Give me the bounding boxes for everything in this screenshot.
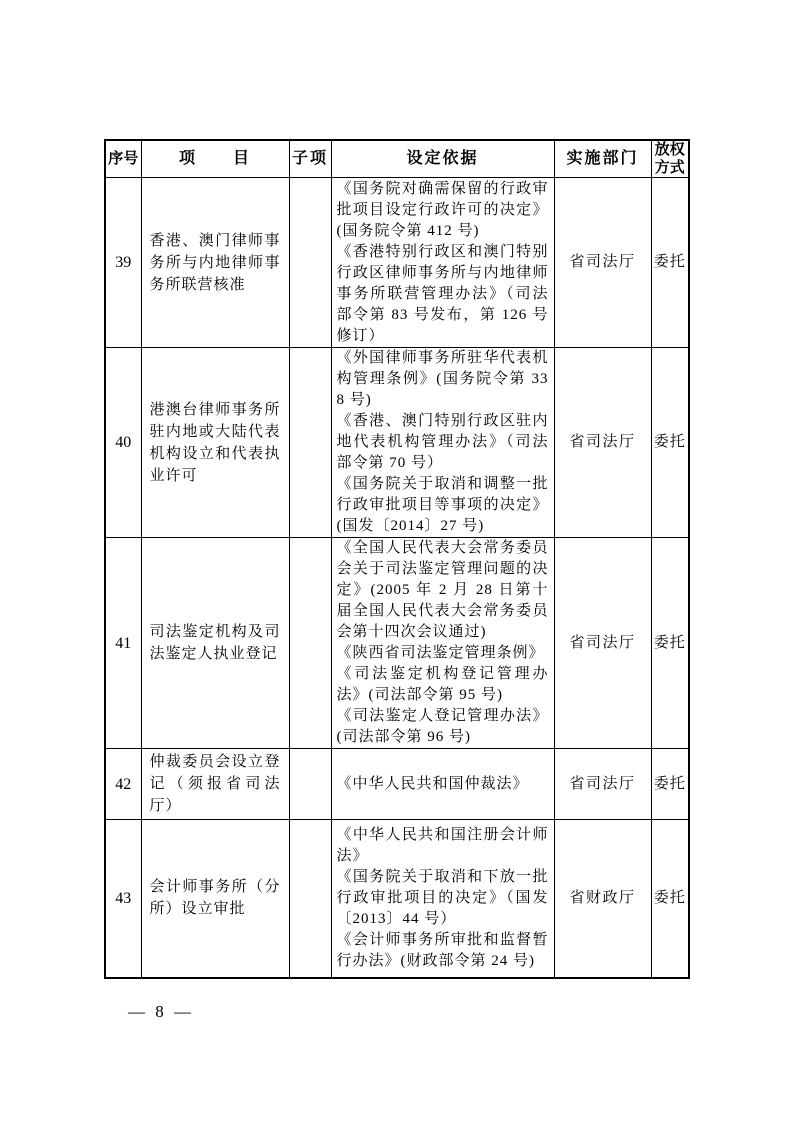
table-row-43: 43 会计师事务所（分所）设立审批 《中华人民共和国注册会计师法》 《国务院关于… xyxy=(105,820,689,978)
table-row-42: 42 仲裁委员会设立登记（须报省司法厅） 《中华人民共和国仲裁法》 省司法厅 委… xyxy=(105,749,689,820)
cell-basis: 《国务院对确需保留的行政审批项目设定行政许可的决定》(国务院令第 412 号) … xyxy=(331,178,554,348)
cell-basis: 《中华人民共和国仲裁法》 xyxy=(331,749,554,820)
table-row-39: 39 香港、澳门律师事务所与内地律师事务所联营核准 《国务院对确需保留的行政审批… xyxy=(105,178,689,348)
cell-no: 41 xyxy=(105,538,141,749)
cell-method: 委托 xyxy=(651,820,689,978)
cell-project: 香港、澳门律师事务所与内地律师事务所联营核准 xyxy=(141,178,289,348)
cell-method: 委托 xyxy=(651,348,689,538)
header-basis: 设定依据 xyxy=(331,140,554,178)
cell-department: 省司法厅 xyxy=(554,178,651,348)
cell-subitem xyxy=(289,538,331,749)
table-row-40: 40 港澳台律师事务所驻内地或大陆代表机构设立和代表执业许可 《外国律师事务所驻… xyxy=(105,348,689,538)
cell-no: 43 xyxy=(105,820,141,978)
header-project: 项 目 xyxy=(141,140,289,178)
cell-method: 委托 xyxy=(651,538,689,749)
cell-subitem xyxy=(289,749,331,820)
header-department: 实施部门 xyxy=(554,140,651,178)
cell-department: 省财政厅 xyxy=(554,820,651,978)
cell-method: 委托 xyxy=(651,749,689,820)
cell-basis: 《全国人民代表大会常务委员会关于司法鉴定管理问题的决定》(2005 年 2 月 … xyxy=(331,538,554,749)
table-row-41: 41 司法鉴定机构及司法鉴定人执业登记 《全国人民代表大会常务委员会关于司法鉴定… xyxy=(105,538,689,749)
cell-project: 港澳台律师事务所驻内地或大陆代表机构设立和代表执业许可 xyxy=(141,348,289,538)
cell-project: 仲裁委员会设立登记（须报省司法厅） xyxy=(141,749,289,820)
cell-basis: 《中华人民共和国注册会计师法》 《国务院关于取消和下放一批行政审批项目的决定》（… xyxy=(331,820,554,978)
table-header-row: 序号 项 目 子项 设定依据 实施部门 放权方式 xyxy=(105,140,689,178)
cell-department: 省司法厅 xyxy=(554,538,651,749)
cell-no: 42 xyxy=(105,749,141,820)
delegated-items-table: 序号 项 目 子项 设定依据 实施部门 放权方式 39 香港、澳门律师事务所与内… xyxy=(104,139,690,979)
cell-method: 委托 xyxy=(651,178,689,348)
cell-subitem xyxy=(289,178,331,348)
header-method: 放权方式 xyxy=(651,140,689,178)
header-subitem: 子项 xyxy=(289,140,331,178)
cell-department: 省司法厅 xyxy=(554,749,651,820)
header-no: 序号 xyxy=(105,140,141,178)
cell-no: 39 xyxy=(105,178,141,348)
cell-department: 省司法厅 xyxy=(554,348,651,538)
cell-subitem xyxy=(289,348,331,538)
page-number: — 8 — xyxy=(128,1002,194,1022)
document-page: 序号 项 目 子项 设定依据 实施部门 放权方式 39 香港、澳门律师事务所与内… xyxy=(0,0,793,1123)
cell-subitem xyxy=(289,820,331,978)
cell-project: 会计师事务所（分所）设立审批 xyxy=(141,820,289,978)
cell-project: 司法鉴定机构及司法鉴定人执业登记 xyxy=(141,538,289,749)
cell-basis: 《外国律师事务所驻华代表机构管理条例》(国务院令第 338 号) 《香港、澳门特… xyxy=(331,348,554,538)
cell-no: 40 xyxy=(105,348,141,538)
